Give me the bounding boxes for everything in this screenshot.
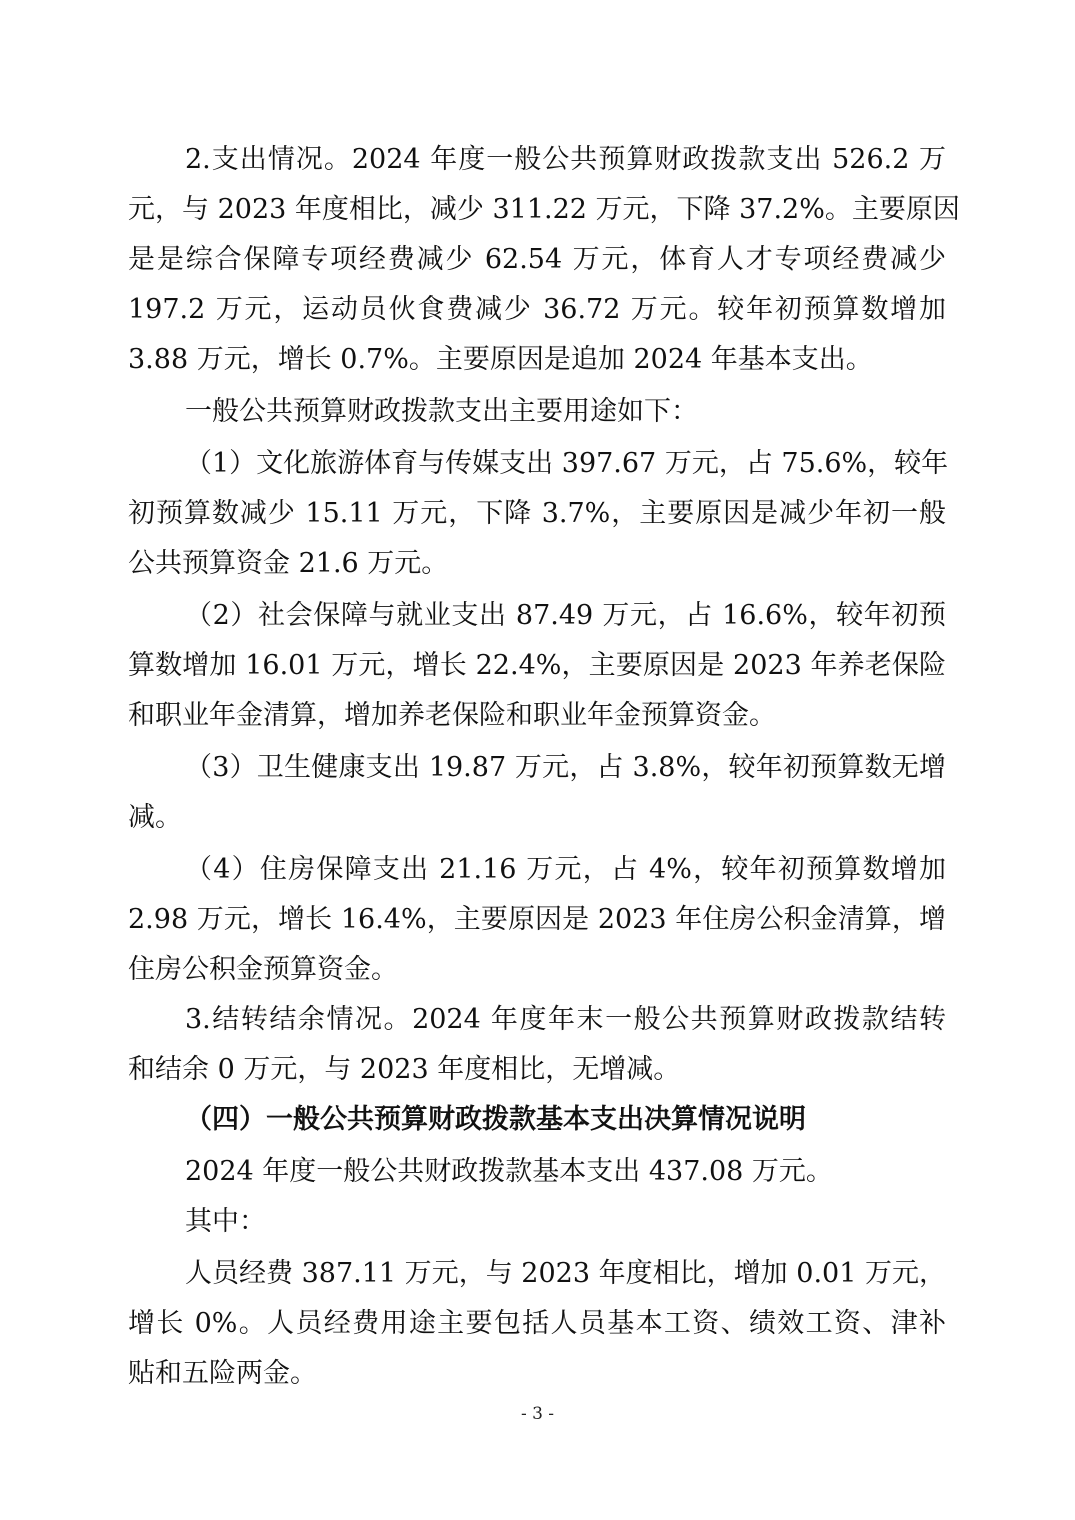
item-1-line-1: （1）文化旅游体育与传媒支出 397.67 万元，占 75.6%，较年 [185, 444, 946, 484]
paragraph-basic-expenditure-total: 2024 年度一般公共财政拨款基本支出 437.08 万元。 [185, 1152, 946, 1192]
paragraph-expenditure-line-5: 3.88 万元，增长 0.7%。主要原因是追加 2024 年基本支出。 [128, 340, 946, 380]
item-4-line-3: 住房公积金预算资金。 [128, 950, 946, 990]
item-2-line-2: 算数增加 16.01 万元，增长 22.4%，主要原因是 2023 年养老保险 [128, 646, 946, 686]
item-2-line-3: 和职业年金清算，增加养老保险和职业年金预算资金。 [128, 696, 946, 736]
document-page: 2.支出情况。2024 年度一般公共预算财政拨款支出 526.2 万 元，与 2… [0, 0, 1075, 1520]
paragraph-expenditure-line-4: 197.2 万元，运动员伙食费减少 36.72 万元。较年初预算数增加 [128, 290, 946, 330]
item-1-line-3: 公共预算资金 21.6 万元。 [128, 544, 946, 584]
paragraph-among-which: 其中： [185, 1202, 946, 1242]
paragraph-usage-intro: 一般公共预算财政拨款支出主要用途如下： [185, 392, 946, 432]
item-3-line-1: （3）卫生健康支出 19.87 万元，占 3.8%，较年初预算数无增 [185, 748, 946, 788]
paragraph-expenditure-line-3: 是是综合保障专项经费减少 62.54 万元，体育人才专项经费减少 [128, 240, 946, 280]
page-number: - 3 - [0, 1404, 1075, 1424]
paragraph-expenditure-line-2: 元，与 2023 年度相比，减少 311.22 万元，下降 37.2%。主要原因 [128, 190, 946, 230]
item-1-line-2: 初预算数减少 15.11 万元，下降 3.7%，主要原因是减少年初一般 [128, 494, 946, 534]
section-heading-basic-expenditure: （四）一般公共预算财政拨款基本支出决算情况说明 [185, 1100, 946, 1140]
paragraph-personnel-line-1: 人员经费 387.11 万元，与 2023 年度相比，增加 0.01 万元， [185, 1254, 946, 1294]
item-2-line-1: （2）社会保障与就业支出 87.49 万元，占 16.6%，较年初预 [185, 596, 946, 636]
item-4-line-2: 2.98 万元，增长 16.4%，主要原因是 2023 年住房公积金清算，增 [128, 900, 946, 940]
paragraph-expenditure-line-1: 2.支出情况。2024 年度一般公共预算财政拨款支出 526.2 万 [185, 140, 946, 180]
paragraph-carryover-line-2: 和结余 0 万元，与 2023 年度相比，无增减。 [128, 1050, 946, 1090]
paragraph-personnel-line-3: 贴和五险两金。 [128, 1354, 946, 1394]
item-3-line-2: 减。 [128, 798, 946, 838]
item-4-line-1: （4）住房保障支出 21.16 万元，占 4%，较年初预算数增加 [185, 850, 946, 890]
paragraph-personnel-line-2: 增长 0%。人员经费用途主要包括人员基本工资、绩效工资、津补 [128, 1304, 946, 1344]
paragraph-carryover-line-1: 3.结转结余情况。2024 年度年末一般公共预算财政拨款结转 [185, 1000, 946, 1040]
